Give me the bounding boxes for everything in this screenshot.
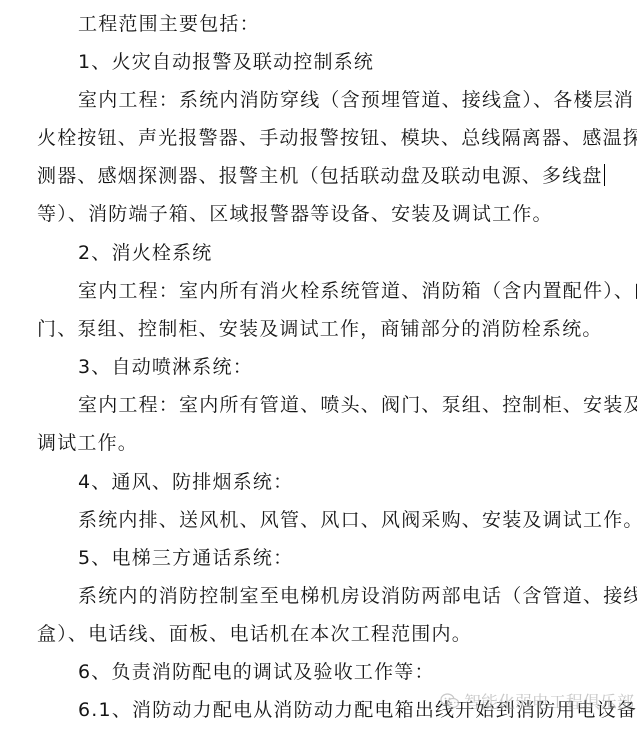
section-intro: 工程范围主要包括： <box>78 12 260 36</box>
heading-sprinkler: 3、自动喷淋系统： <box>78 355 253 379</box>
paragraph-line: 室内工程：系统内消防穿线（含预埋管道、接线盒）、各楼层消 <box>78 88 634 112</box>
paragraph-line-with-cursor[interactable]: 测器、感烟探测器、报警主机（包括联动盘及联动电源、多线盘 <box>37 164 605 188</box>
paragraph-line: 调试工作。 <box>37 431 138 455</box>
paragraph-line: 系统内排、送风机、风管、风口、风阀采购、安装及调试工作。 <box>78 508 637 532</box>
paragraph-line: 等）、消防端子箱、区域报警器等设备、安装及调试工作。 <box>37 202 553 226</box>
heading-hydrant: 2、消火栓系统 <box>78 241 213 265</box>
heading-elevator-intercom: 5、电梯三方通话系统： <box>78 546 293 570</box>
paragraph-line: 室内工程：室内所有管道、喷头、阀门、泵组、控制柜、安装及 <box>78 393 637 417</box>
heading-fire-alarm: 1、火灾自动报警及联动控制系统 <box>78 50 374 74</box>
paragraph-line: 6.1、消防动力配电从消防动力配电箱出线开始到消防用电设备 <box>78 698 637 722</box>
document-page: 工程范围主要包括： 1、火灾自动报警及联动控制系统 室内工程：系统内消防穿线（含… <box>0 0 637 730</box>
text-cursor <box>604 164 605 186</box>
paragraph-line: 盒）、电话线、面板、电话机在本次工程范围内。 <box>37 622 472 646</box>
paragraph-line: 系统内的消防控制室至电梯机房设消防两部电话（含管道、接线 <box>78 584 637 608</box>
paragraph-line: 室内工程：室内所有消火栓系统管道、消防箱（含内置配件）、阀 <box>78 279 637 303</box>
paragraph-line-text: 测器、感烟探测器、报警主机（包括联动盘及联动电源、多线盘 <box>37 165 603 187</box>
paragraph-line: 门、泵组、控制柜、安装及调试工作，商铺部分的消防栓系统。 <box>37 317 603 341</box>
heading-power-distribution: 6、负责消防配电的调试及验收工作等： <box>78 660 435 684</box>
heading-ventilation: 4、通风、防排烟系统： <box>78 470 293 494</box>
paragraph-line: 火栓按钮、声光报警器、手动报警按钮、模块、总线隔离器、感温探 <box>37 126 637 150</box>
